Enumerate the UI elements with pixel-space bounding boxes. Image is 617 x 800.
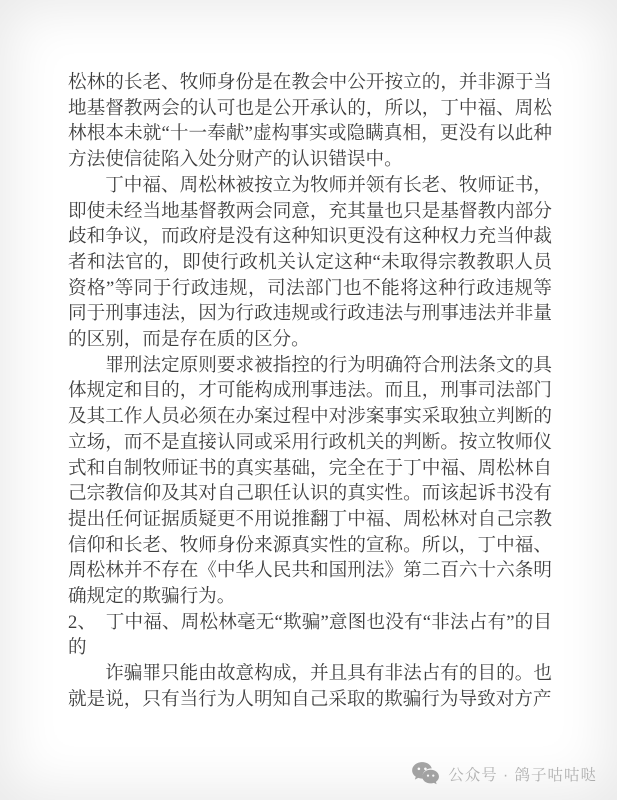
document-body-text: 松林的长老、牧师身份是在教会中公开按立的，并非源于当地基督教两会的认可也是公开承… xyxy=(68,70,552,713)
paragraph-1: 松林的长老、牧师身份是在教会中公开按立的，并非源于当地基督教两会的认可也是公开承… xyxy=(68,70,552,173)
document-page: 松林的长老、牧师身份是在教会中公开按立的，并非源于当地基督教两会的认可也是公开承… xyxy=(0,0,617,800)
watermark-text: 公众号 · 鸽子咕咕哒 xyxy=(448,763,597,785)
paragraph-3: 罪刑法定原则要求被指控的行为明确符合刑法条文的具体规定和目的，才可能构成刑事违法… xyxy=(68,353,552,610)
paragraph-2: 丁中福、周松林被按立为牧师并领有长老、牧师证书，即使未经当地基督教两会同意，充其… xyxy=(68,173,552,353)
paragraph-5: 诈骗罪只能由故意构成，并且具有非法占有的目的。也就是说，只有当行为人明知自己采取… xyxy=(68,661,552,712)
watermark: 公众号 · 鸽子咕咕哒 xyxy=(411,761,597,786)
wechat-icon xyxy=(411,761,440,786)
paragraph-4-numbered-heading: 2、 丁中福、周松林毫无“欺骗”意图也没有“非法占有”的目的 xyxy=(68,610,552,661)
